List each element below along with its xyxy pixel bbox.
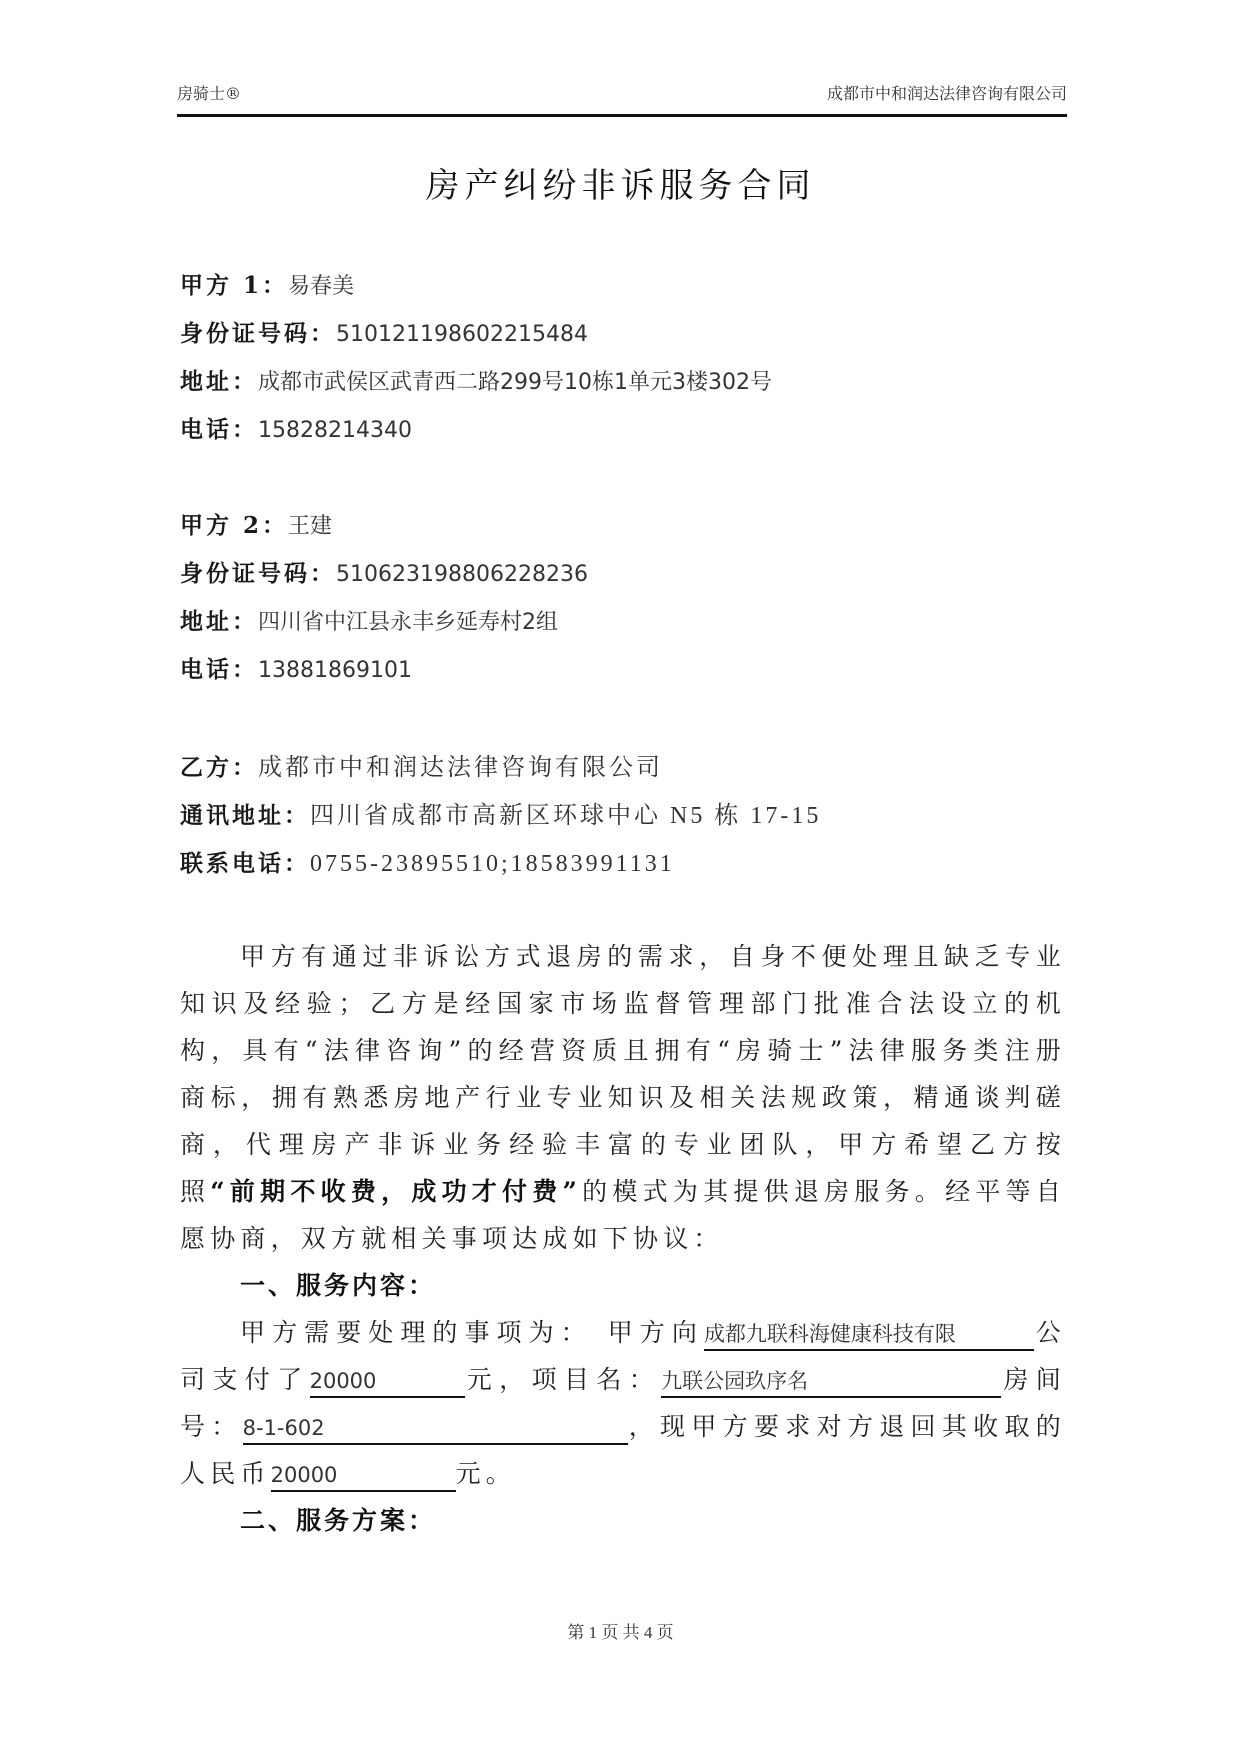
party-a2-phone: 13881869101 [258, 658, 412, 683]
party-b-name: 成都市中和润达法律咨询有限公司 [258, 755, 663, 781]
party-b-phone: 0755-23895510;18583991131 [310, 851, 675, 877]
label: 乙方： [180, 754, 258, 781]
label: 联系电话： [180, 850, 310, 877]
party-a1-id: 510121198602215484 [336, 322, 588, 347]
party-a1-phone-row: 电话：15828214340 [180, 406, 1060, 454]
document-title: 房产纠纷非诉服务合同 [0, 158, 1241, 207]
label: 电话： [180, 656, 258, 683]
party-a1-name: 易春美 [288, 274, 354, 299]
party-b-phone-row: 联系电话：0755-23895510;18583991131 [180, 840, 1060, 888]
section-1-heading: 一、服务内容： [180, 1262, 1066, 1309]
label: 地址： [180, 608, 258, 635]
party-b-address-row: 通讯地址：四川省成都市高新区环球中心 N5 栋 17-15 [180, 792, 1060, 840]
fill-project-name: 九联公园玖序名 [661, 1366, 1001, 1398]
label: 电话： [180, 416, 258, 443]
label: 地址： [180, 368, 258, 395]
label: 身份证号码： [180, 560, 336, 587]
party-a1-address-row: 地址：成都市武侯区武青西二路299号10栋1单元3楼302号 [180, 358, 1060, 406]
fill-room-number: 8-1-602 [243, 1413, 628, 1445]
party-b-name-row: 乙方：成都市中和润达法律咨询有限公司 [180, 744, 1060, 792]
contract-body: 甲方有通过非诉讼方式退房的需求，自身不便处理且缺乏专业知识及经验；乙方是经国家市… [180, 933, 1066, 1544]
party-a2-phone-row: 电话：13881869101 [180, 646, 1060, 694]
party-b-block: 乙方：成都市中和润达法律咨询有限公司 通讯地址：四川省成都市高新区环球中心 N5… [180, 744, 1060, 888]
text: 元。 [456, 1459, 516, 1488]
party-a2-name-row: 甲方 2：王建 [180, 502, 1060, 550]
party-a2-id: 510623198806228236 [336, 562, 588, 587]
preamble-text: 甲方有通过非诉讼方式退房的需求，自身不便处理且缺乏专业知识及经验；乙方是经国家市… [180, 942, 1066, 1206]
party-a2-address-row: 地址：四川省中江县永丰乡延寿村2组 [180, 598, 1060, 646]
preamble-emphasis: “前期不收费，成功才付费” [210, 1177, 582, 1206]
party-a1-name-row: 甲方 1：易春美 [180, 262, 1060, 310]
party-a1-phone: 15828214340 [258, 418, 412, 443]
text: 甲方需要处理的事项为： 甲方向 [240, 1318, 704, 1347]
fill-refund-amount: 20000 [271, 1460, 456, 1492]
party-a1-address: 成都市武侯区武青西二路299号10栋1单元3楼302号 [258, 370, 772, 395]
party-a2-block: 甲方 2：王建 身份证号码：510623198806228236 地址：四川省中… [180, 502, 1060, 694]
label: 甲方 2： [180, 512, 288, 539]
page-header: 房骑士® 成都市中和润达法律咨询有限公司 [177, 84, 1067, 117]
label: 甲方 1： [180, 272, 288, 299]
party-a1-id-row: 身份证号码：510121198602215484 [180, 310, 1060, 358]
section-1-paragraph: 甲方需要处理的事项为： 甲方向成都九联科海健康科技有限公司支付了20000元，项… [180, 1309, 1066, 1497]
label: 通讯地址： [180, 802, 310, 829]
fill-company: 成都九联科海健康科技有限 [704, 1319, 1034, 1351]
party-a2-name: 王建 [288, 514, 332, 539]
label: 身份证号码： [180, 320, 336, 347]
party-a2-id-row: 身份证号码：510623198806228236 [180, 550, 1060, 598]
party-a1-block: 甲方 1：易春美 身份证号码：510121198602215484 地址：成都市… [180, 262, 1060, 454]
header-brand: 房骑士® [177, 84, 241, 104]
fill-paid-amount: 20000 [310, 1366, 465, 1398]
party-a2-address: 四川省中江县永丰乡延寿村2组 [258, 610, 558, 635]
page-number: 第 1 页 共 4 页 [0, 1618, 1241, 1643]
header-company: 成都市中和润达法律咨询有限公司 [827, 84, 1067, 104]
party-b-address: 四川省成都市高新区环球中心 N5 栋 17-15 [310, 803, 821, 829]
text: 元，项目名： [465, 1365, 662, 1394]
section-2-heading: 二、服务方案： [180, 1497, 1066, 1544]
preamble-paragraph: 甲方有通过非诉讼方式退房的需求，自身不便处理且缺乏专业知识及经验；乙方是经国家市… [180, 933, 1066, 1262]
